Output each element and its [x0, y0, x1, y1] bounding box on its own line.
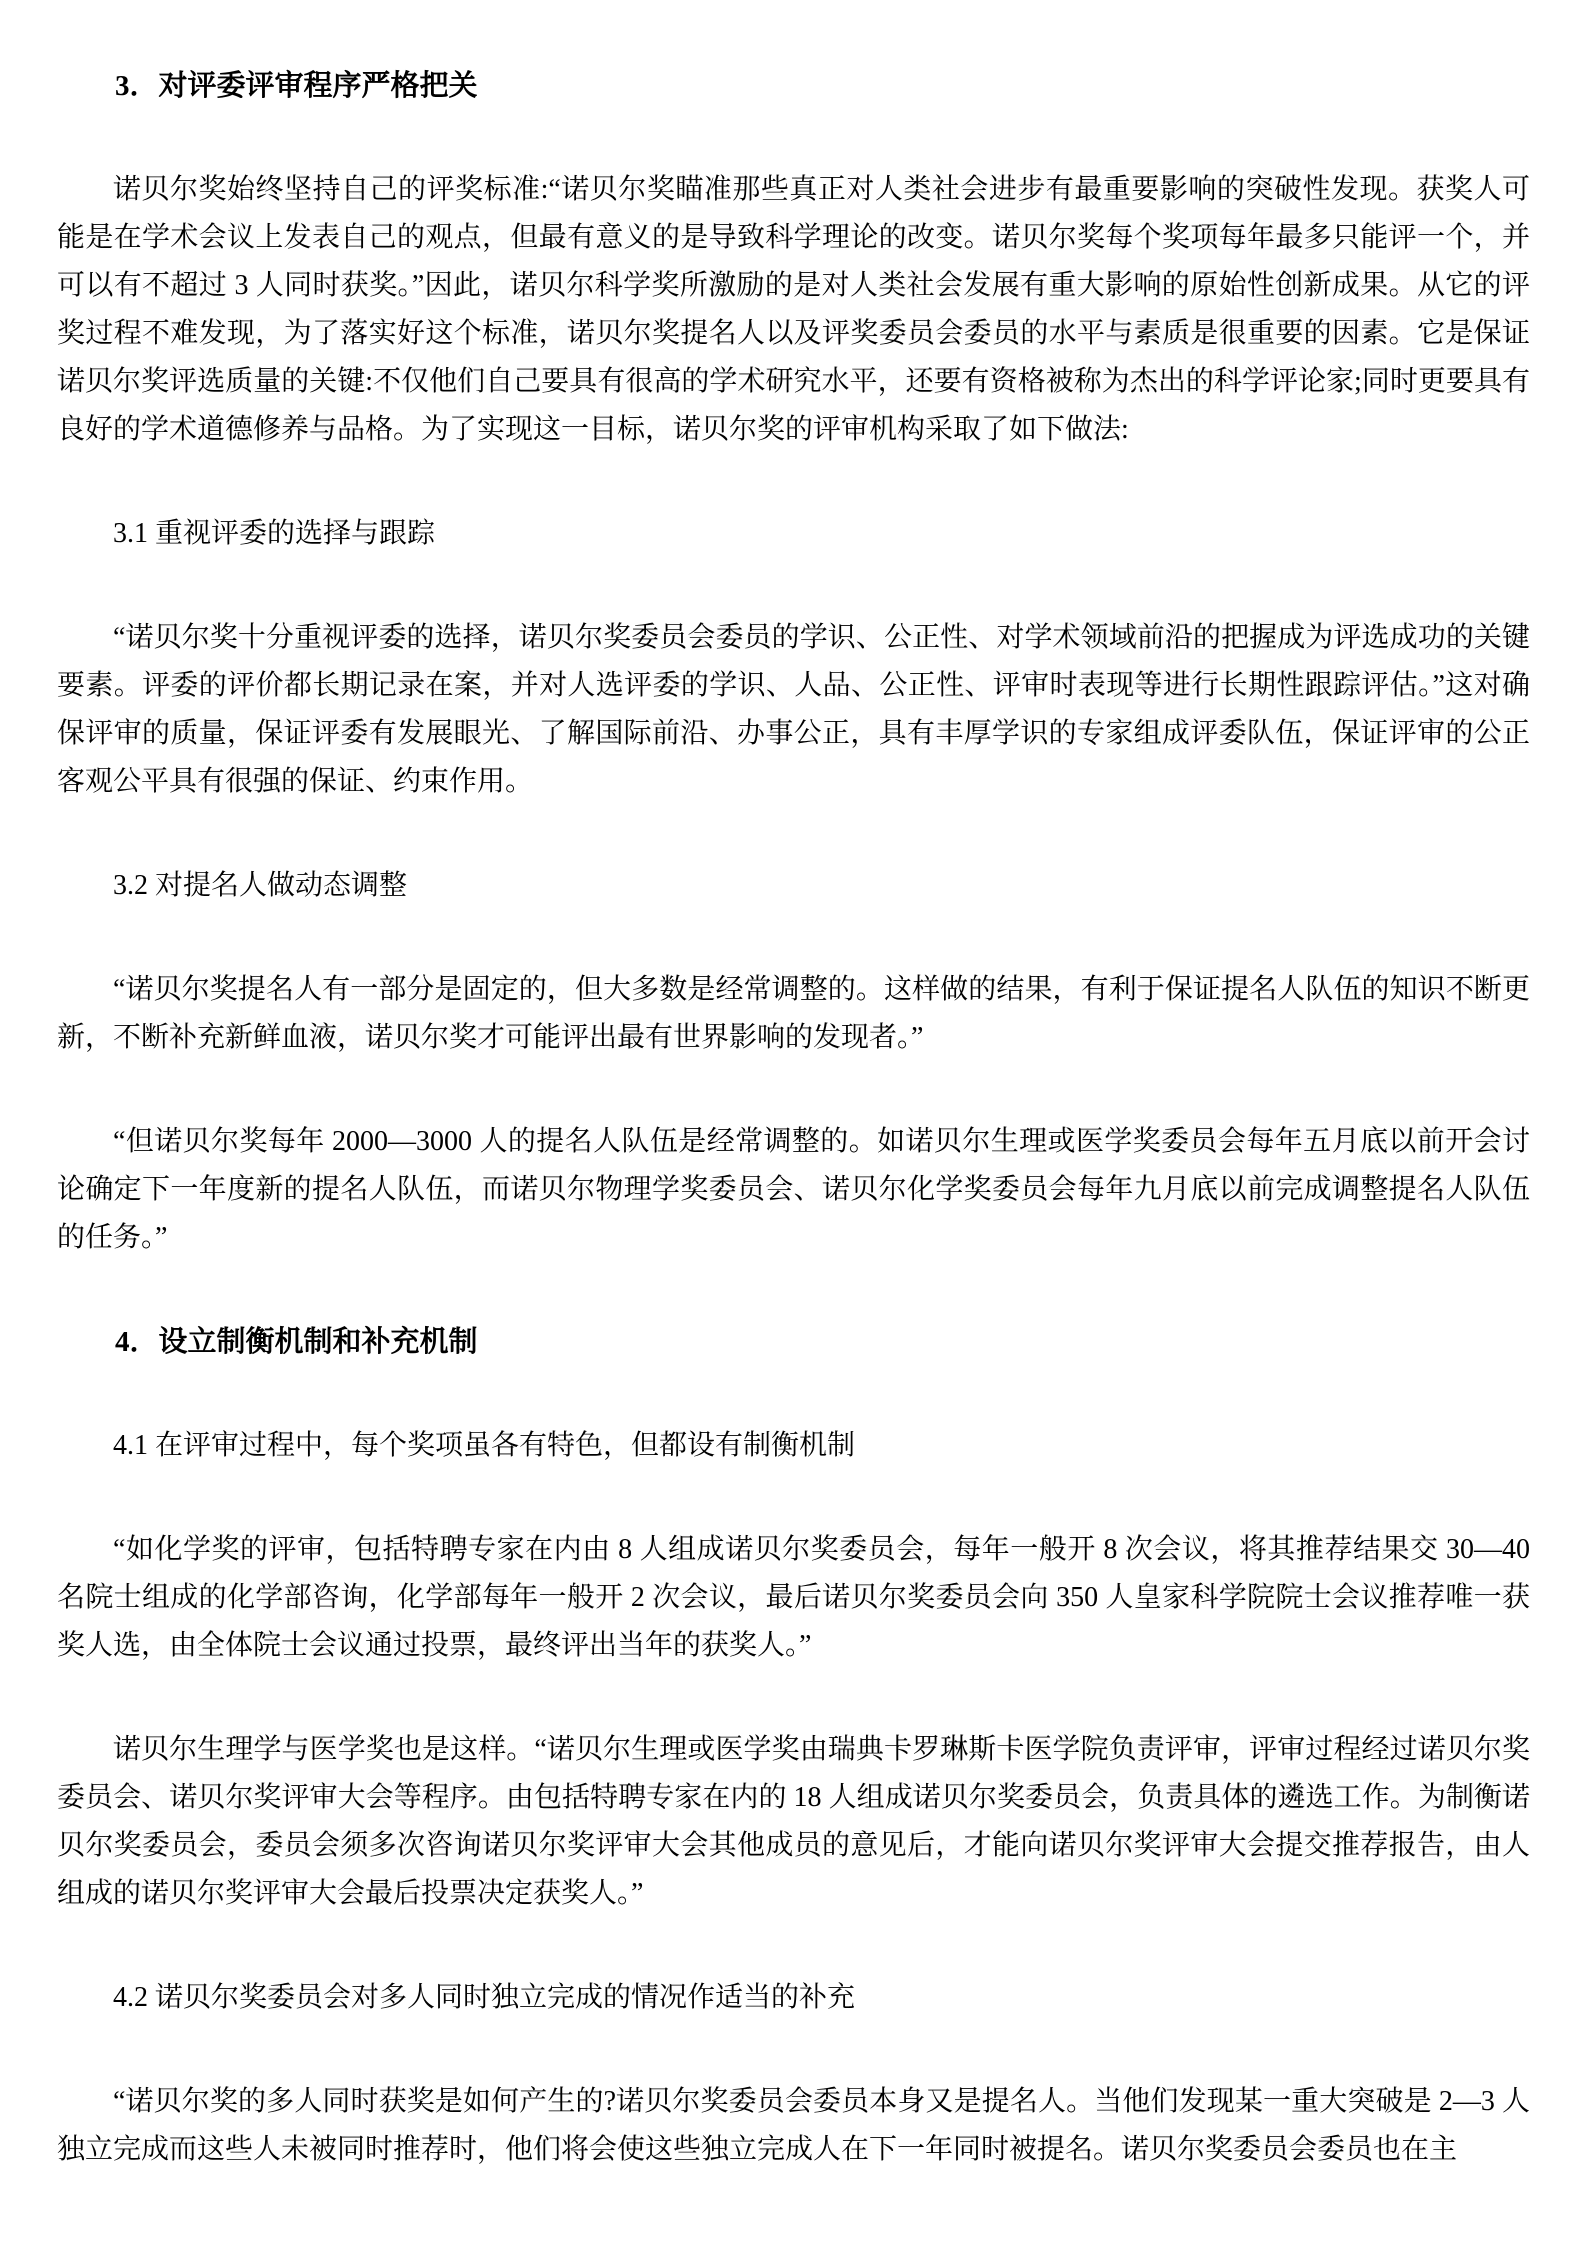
subheading-3-2: 3.2 对提名人做动态调整 [57, 862, 1530, 910]
paragraph-chemistry-prize-review: “如化学奖的评审，包括特聘专家在内由 8 人组成诺贝尔奖委员会，每年一般开 8 … [57, 1526, 1530, 1670]
paragraph-committee-selection: “诺贝尔奖十分重视评委的选择，诺贝尔奖委员会委员的学识、公正性、对学术领域前沿的… [57, 614, 1530, 806]
paragraph-medicine-prize-review: 诺贝尔生理学与医学奖也是这样。“诺贝尔生理或医学奖由瑞典卡罗琳斯卡医学院负责评审… [57, 1726, 1530, 1918]
section-heading-3: 3．对评委评审程序严格把关 [57, 62, 1530, 110]
subheading-3-1: 3.1 重视评委的选择与跟踪 [57, 510, 1530, 558]
subheading-4-2: 4.2 诺贝尔奖委员会对多人同时独立完成的情况作适当的补充 [57, 1974, 1530, 2022]
document-page: 3．对评委评审程序严格把关 诺贝尔奖始终坚持自己的评奖标准:“诺贝尔奖瞄准那些真… [0, 0, 1587, 2174]
paragraph-nominator-numbers: “但诺贝尔奖每年 2000—3000 人的提名人队伍是经常调整的。如诺贝尔生理或… [57, 1118, 1530, 1262]
paragraph-evaluation-standard: 诺贝尔奖始终坚持自己的评奖标准:“诺贝尔奖瞄准那些真正对人类社会进步有最重要影响… [57, 166, 1530, 454]
paragraph-nominator-adjustment: “诺贝尔奖提名人有一部分是固定的，但大多数是经常调整的。这样做的结果，有利于保证… [57, 966, 1530, 1062]
section-heading-4: 4．设立制衡机制和补充机制 [57, 1318, 1530, 1366]
subheading-4-1: 4.1 在评审过程中，每个奖项虽各有特色，但都设有制衡机制 [57, 1422, 1530, 1470]
paragraph-multiple-winners: “诺贝尔奖的多人同时获奖是如何产生的?诺贝尔奖委员会委员本身又是提名人。当他们发… [57, 2078, 1530, 2174]
